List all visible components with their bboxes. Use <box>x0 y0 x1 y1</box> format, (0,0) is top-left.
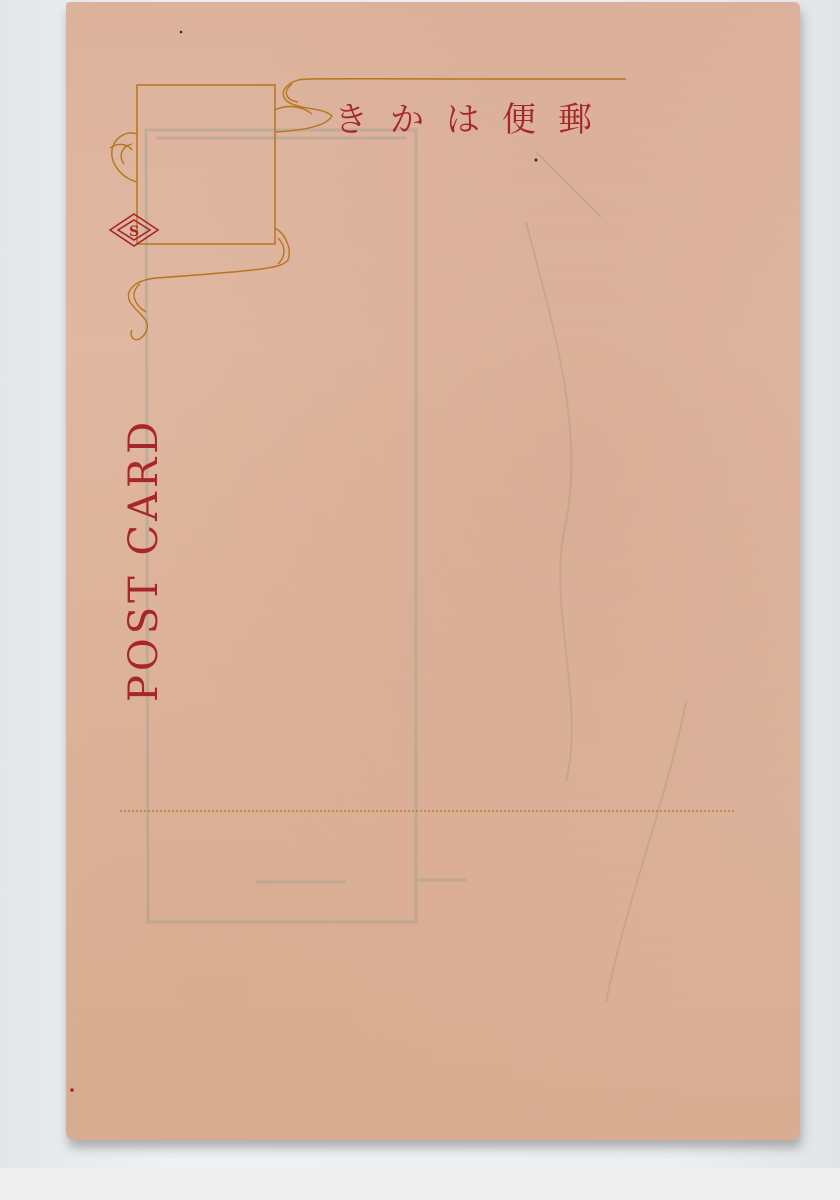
postcard-ornament <box>66 2 800 1140</box>
stamp-box <box>137 85 275 244</box>
postcard: 郵便はかき POST CARD S <box>66 2 800 1140</box>
maker-mark: S <box>116 214 152 250</box>
bottom-bar <box>0 1168 840 1200</box>
postcard-title-japanese: 郵便はかき <box>354 92 614 141</box>
postcard-title-english: POST CARD <box>122 392 166 702</box>
